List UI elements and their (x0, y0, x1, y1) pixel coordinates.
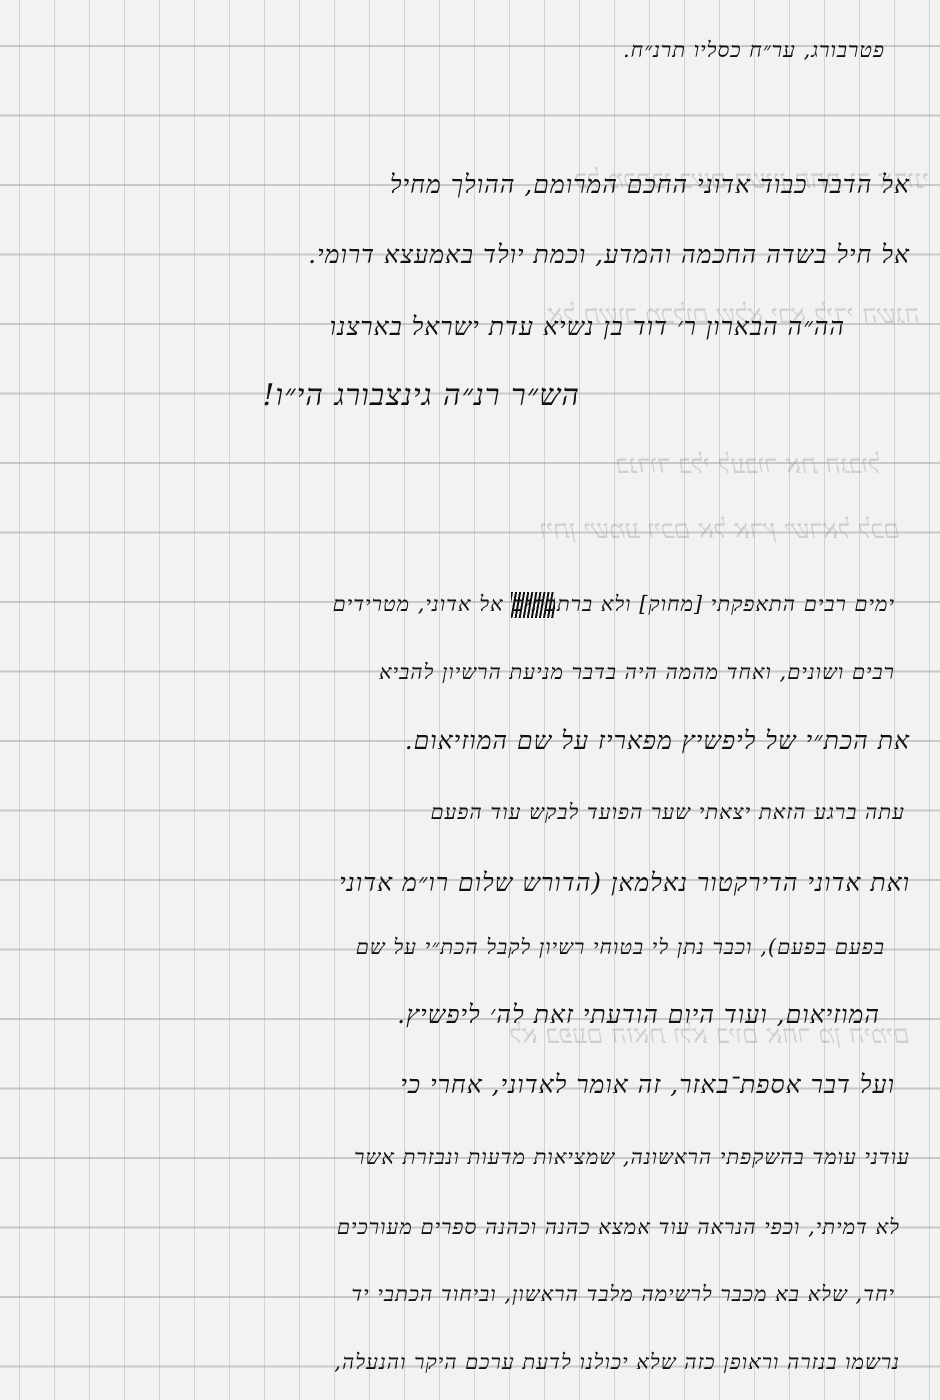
body-line-1: ימים רבים התאפקתי [מחוק] ולא ברתבתים אל … (333, 592, 895, 617)
body-line-2: רבים ושונים, ואחד מהמה היה בדבר מניעת הר… (379, 660, 895, 685)
body-line-11: יחד, שלא בא מכבר לרשימה מלבד הראשון, ובי… (351, 1282, 895, 1307)
addressee-name: הש״ר רנ״ה גינצבורג הי״ו! (262, 378, 580, 413)
body-line-10: לא דמיתי, וכפי הנראה עוד אמצא כהנה וכהנה… (337, 1215, 900, 1240)
body-line-8: ועל דבר אספת־באזר, זה אומר לאדוני, אחרי … (400, 1070, 895, 1100)
body-line-1-text: ימים רבים התאפקתי [מחוק] ולא ברתבתים אל … (333, 592, 895, 616)
body-line-12: נרשמו בנזרה וראופן כזה שלא יכולנו לדעת ע… (334, 1350, 900, 1375)
body-line-4: עתה ברגע הזאת יצאתי שער הפועד לבקש עוד ה… (430, 800, 905, 825)
body-line-3: את הכת״י של ליפשיץ מפאריז על שם המוזיאום… (405, 726, 910, 756)
body-line-7: המוזיאום, ועוד היום הודעתי זאת לה׳ ליפשי… (397, 1000, 880, 1030)
body-line-6: בפעם בפעם), וכבר נתן לי בטוחי רשיון לקבל… (356, 935, 885, 960)
body-line-5: ואת אדוני הדירקטור נאלמאן (הדורש שלום רו… (339, 868, 910, 898)
salutation-line-3: הה״ה הבארון ר׳ דוד בן נשיא עדת ישראל באר… (330, 312, 845, 342)
body-line-9: עודני עומד בהשקפתי הראשונה, שמציאות מדעו… (354, 1145, 910, 1170)
crossed-out-word (511, 592, 555, 618)
salutation-line-2: אל חיל בשדה החכמה והמדע, וכמת יולד באמעצ… (308, 240, 910, 270)
grid-paper (0, 0, 940, 1400)
salutation-line-1: אל הדבר כבוד אדוני החכם המרומם, ההולך מח… (390, 170, 910, 200)
dateline: פטרבורג, ער״ח כסליו תרנ״ח. (623, 38, 885, 63)
